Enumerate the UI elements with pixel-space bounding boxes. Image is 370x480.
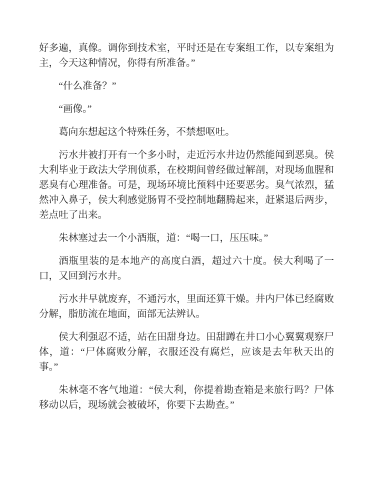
- paragraph: 好多遍，真像。调你到技术室，平时还是在专案组工作，以专案组为主，今天这种情况，你…: [39, 41, 334, 71]
- paragraph: 朱林塞过去一个小酒瓶，道：“喝一口，压压味。”: [39, 231, 334, 246]
- paragraph: “什么准备？”: [39, 79, 334, 94]
- paragraph: 酒瓶里装的是本地产的高度白酒，超过六十度。侯大利喝了一口，又回到污水井。: [39, 254, 334, 284]
- paragraph: 污水井早就废弃，不通污水，里面还算干燥。井内尸体已经腐败分解，脂肪流在地面，面部…: [39, 292, 334, 322]
- paragraph: 朱林毫不客气地道：“侯大利，你提着勘查箱是来旅行吗？尸体移动以后，现场就会被破坏…: [39, 383, 334, 413]
- paragraph: 污水井被打开有一个多小时，走近污水井边仍然能闻到恶臭。侯大利毕业于政法大学刑侦系…: [39, 148, 334, 223]
- paragraph: “画像。”: [39, 102, 334, 117]
- reader-page[interactable]: 好多遍，真像。调你到技术室，平时还是在专案组工作，以专案组为主，今天这种情况，你…: [0, 0, 370, 480]
- paragraph: 葛向东想起这个特殊任务，不禁想呕吐。: [39, 125, 334, 140]
- paragraph: 侯大利强忍不适，站在田甜身边。田甜蹲在井口小心翼翼观察尸体，道：“尸体腐败分解，…: [39, 330, 334, 375]
